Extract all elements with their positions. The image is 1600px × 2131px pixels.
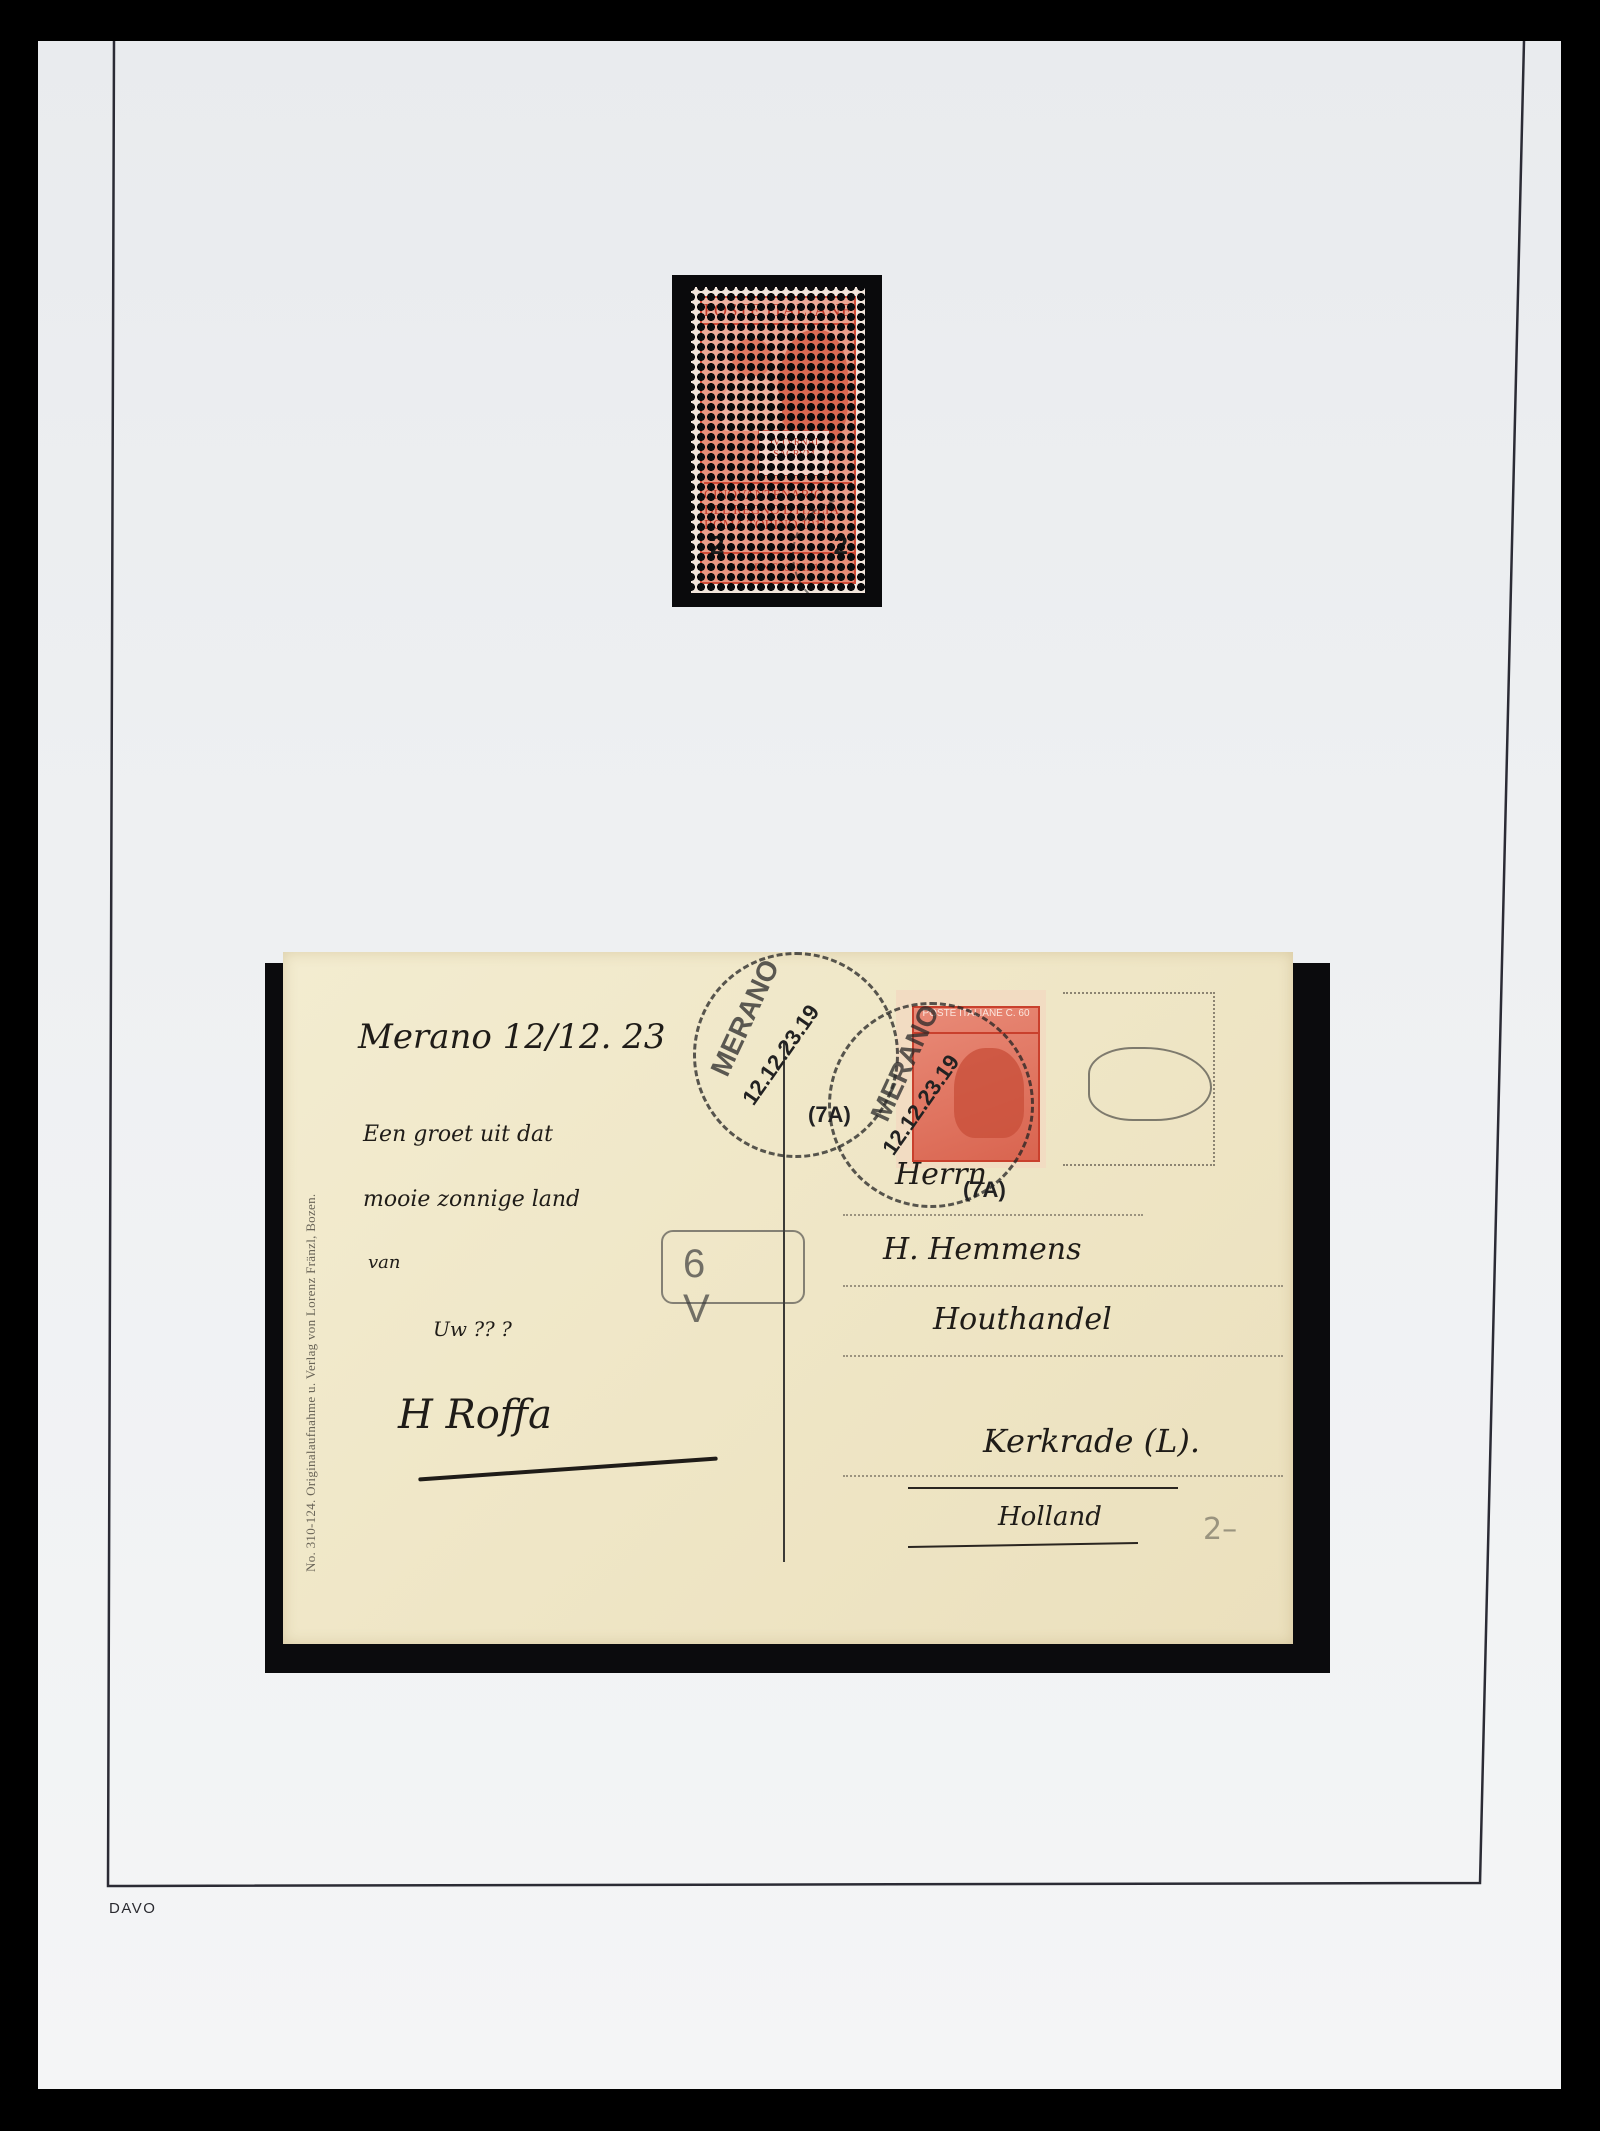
postcard: No. 310-124. Originalaufnahme u. Verlag … bbox=[283, 952, 1293, 1644]
stamp-altar-text-2: SACRVM bbox=[759, 449, 829, 461]
stamp-design: POSTE ITALIANE IVTVRNAI SACRVM CINQVANTE… bbox=[700, 296, 856, 584]
address-underline bbox=[908, 1542, 1138, 1548]
address-line: Kerkrade (L). bbox=[983, 1422, 1200, 1460]
message-line: Uw ?? ? bbox=[433, 1317, 512, 1341]
stamp-surcharge-left: 2 bbox=[710, 530, 724, 561]
stamp-figure-head bbox=[732, 338, 772, 378]
publisher-imprint: No. 310-124. Originalaufnahme u. Verlag … bbox=[303, 1194, 319, 1572]
album-brand: DAVO bbox=[109, 1900, 156, 1917]
address-country: Holland bbox=[998, 1502, 1102, 1532]
message-date: Merano 12/12. 23 bbox=[358, 1017, 666, 1057]
address-line: H. Hemmens bbox=[883, 1232, 1082, 1267]
address-dotted-line bbox=[843, 1355, 1283, 1357]
message-line: Een groet uit dat bbox=[363, 1122, 553, 1147]
message-line: van bbox=[368, 1252, 401, 1273]
stamp-inscription-line: CINQVANTENARIO bbox=[704, 487, 852, 502]
stamp-altar: IVTVRNAI SACRVM bbox=[758, 430, 830, 476]
address-underline bbox=[908, 1487, 1178, 1489]
box-cancel-text: 6 V bbox=[683, 1242, 803, 1332]
stamp-altar-text-1: IVTVRNAI bbox=[759, 437, 829, 449]
postmark-code: (7A) bbox=[808, 1102, 851, 1128]
surcharged-stamp: POSTE ITALIANE IVTVRNAI SACRVM CINQVANTE… bbox=[691, 287, 865, 593]
message-signature: H Roffa bbox=[398, 1392, 552, 1438]
address-line: Houthandel bbox=[933, 1302, 1112, 1337]
postcard-stamp-value: C. 60 bbox=[1006, 1008, 1030, 1019]
address-dotted-line bbox=[843, 1475, 1283, 1477]
address-dotted-line bbox=[843, 1285, 1283, 1287]
message-line: mooie zonnige land bbox=[363, 1187, 580, 1212]
address-line: Herrn bbox=[895, 1157, 987, 1192]
pencil-price-note: 2– bbox=[1203, 1512, 1237, 1547]
stamp-figure-body bbox=[722, 376, 782, 431]
stamp-country-inscription: POSTE ITALIANE bbox=[702, 300, 854, 325]
signature-underline bbox=[418, 1457, 718, 1482]
address-dotted-line bbox=[843, 1214, 1143, 1216]
box-cancel: 6 V bbox=[661, 1230, 805, 1304]
